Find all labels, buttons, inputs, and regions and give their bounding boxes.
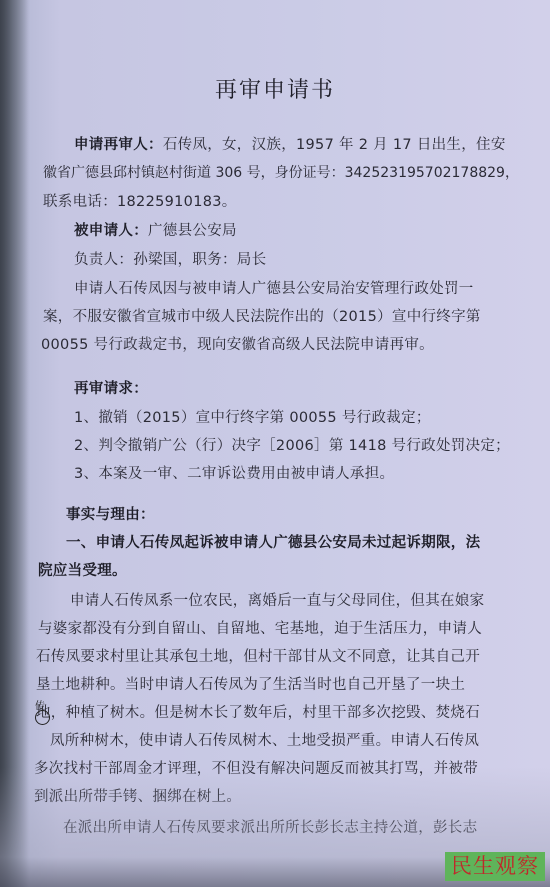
facts-para-line: 与婆家都没有分到自留山、自留地、宅基地，迫于生活压力，申请人 [38, 617, 482, 638]
facts-para-line: 地，种植了树木。但是树木长了数年后，村里干部多次挖毁、焚烧石 [36, 701, 480, 722]
request-item-3: 3、本案及一审、二审诉讼费用由被申请人承担。 [74, 462, 394, 483]
facts-para-line: 到派出所带手铐、捆绑在树上。 [34, 785, 241, 806]
respondent-label: 被申请人： [74, 223, 148, 239]
facts-para-line: 多次找村干部周金才评理，不但没有解决问题反而被其打骂，并被带 [34, 757, 478, 778]
page-shadow-left [0, 0, 30, 887]
request-item-2: 2、判令撤销广公（行）决字［2006］第 1418 号行政处罚决定； [74, 434, 510, 455]
request-item-1: 1、撤销（2015）宣中行终字第 00055 号行政裁定； [74, 406, 431, 427]
facts-para-line: 垦土地耕种。当时申请人石传凤为了生活当时也自己开垦了一块土 [36, 673, 465, 694]
facts-point-1-line-1: 一、申请人石传凤起诉被申请人广德县公安局未过起诉期限，法 [66, 531, 480, 552]
requests-heading: 再审请求： [74, 377, 148, 398]
facts-para-2-line-1: 在派出所申请人石传凤要求派出所所长彭长志主持公道，彭长志 [63, 816, 477, 837]
intro-line-1: 申请人石传凤因与被申请人广德县公安局治安管理行政处罚一 [74, 277, 474, 298]
respondent-value: 广德县公安局 [148, 223, 237, 239]
respondent-line: 被申请人：广德县公安局 [74, 219, 237, 240]
applicant-line-1: 申请再审人：石传凤，女，汉族，1957 年 2 月 17 日出生，住安 [74, 133, 506, 154]
facts-heading: 事实与理由： [66, 503, 155, 524]
facts-para-line: 石传凤要求村里让其承包土地，但村干部甘从文不同意，让其自己开 [36, 645, 480, 666]
applicant-line-2: 徽省广德县邱村镇赵村街道 306 号，身份证号：3425231957021788… [43, 162, 519, 182]
document-title: 再审申请书 [0, 73, 550, 104]
facts-para-line: 凤所种树木，使申请人石传凤树木、土地受损严重。申请人石传凤 [50, 729, 479, 750]
facts-para-line: 申请人石传凤系一位农民，离婚后一直与父母同住，但其在娘家 [70, 589, 484, 610]
intro-line-2: 案，不服安徽省宣城市中级人民法院作出的（2015）宣中行终字第 [43, 305, 481, 326]
intro-line-3: 00055 号行政裁定书，现向安徽省高级人民法院申请再审。 [41, 333, 434, 354]
respondent-head: 负责人：孙梁国，职务：局长 [74, 248, 266, 269]
watermark-logo: 民生观察 [445, 852, 545, 881]
handwritten-circle-mark [35, 710, 50, 725]
applicant-info: 石传凤，女，汉族，1957 年 2 月 17 日出生，住安 [163, 137, 506, 153]
applicant-line-3: 联系电话：18225910183。 [43, 190, 237, 211]
applicant-label: 申请再审人： [74, 137, 163, 153]
facts-point-1-line-2: 院应当受理。 [38, 559, 127, 580]
